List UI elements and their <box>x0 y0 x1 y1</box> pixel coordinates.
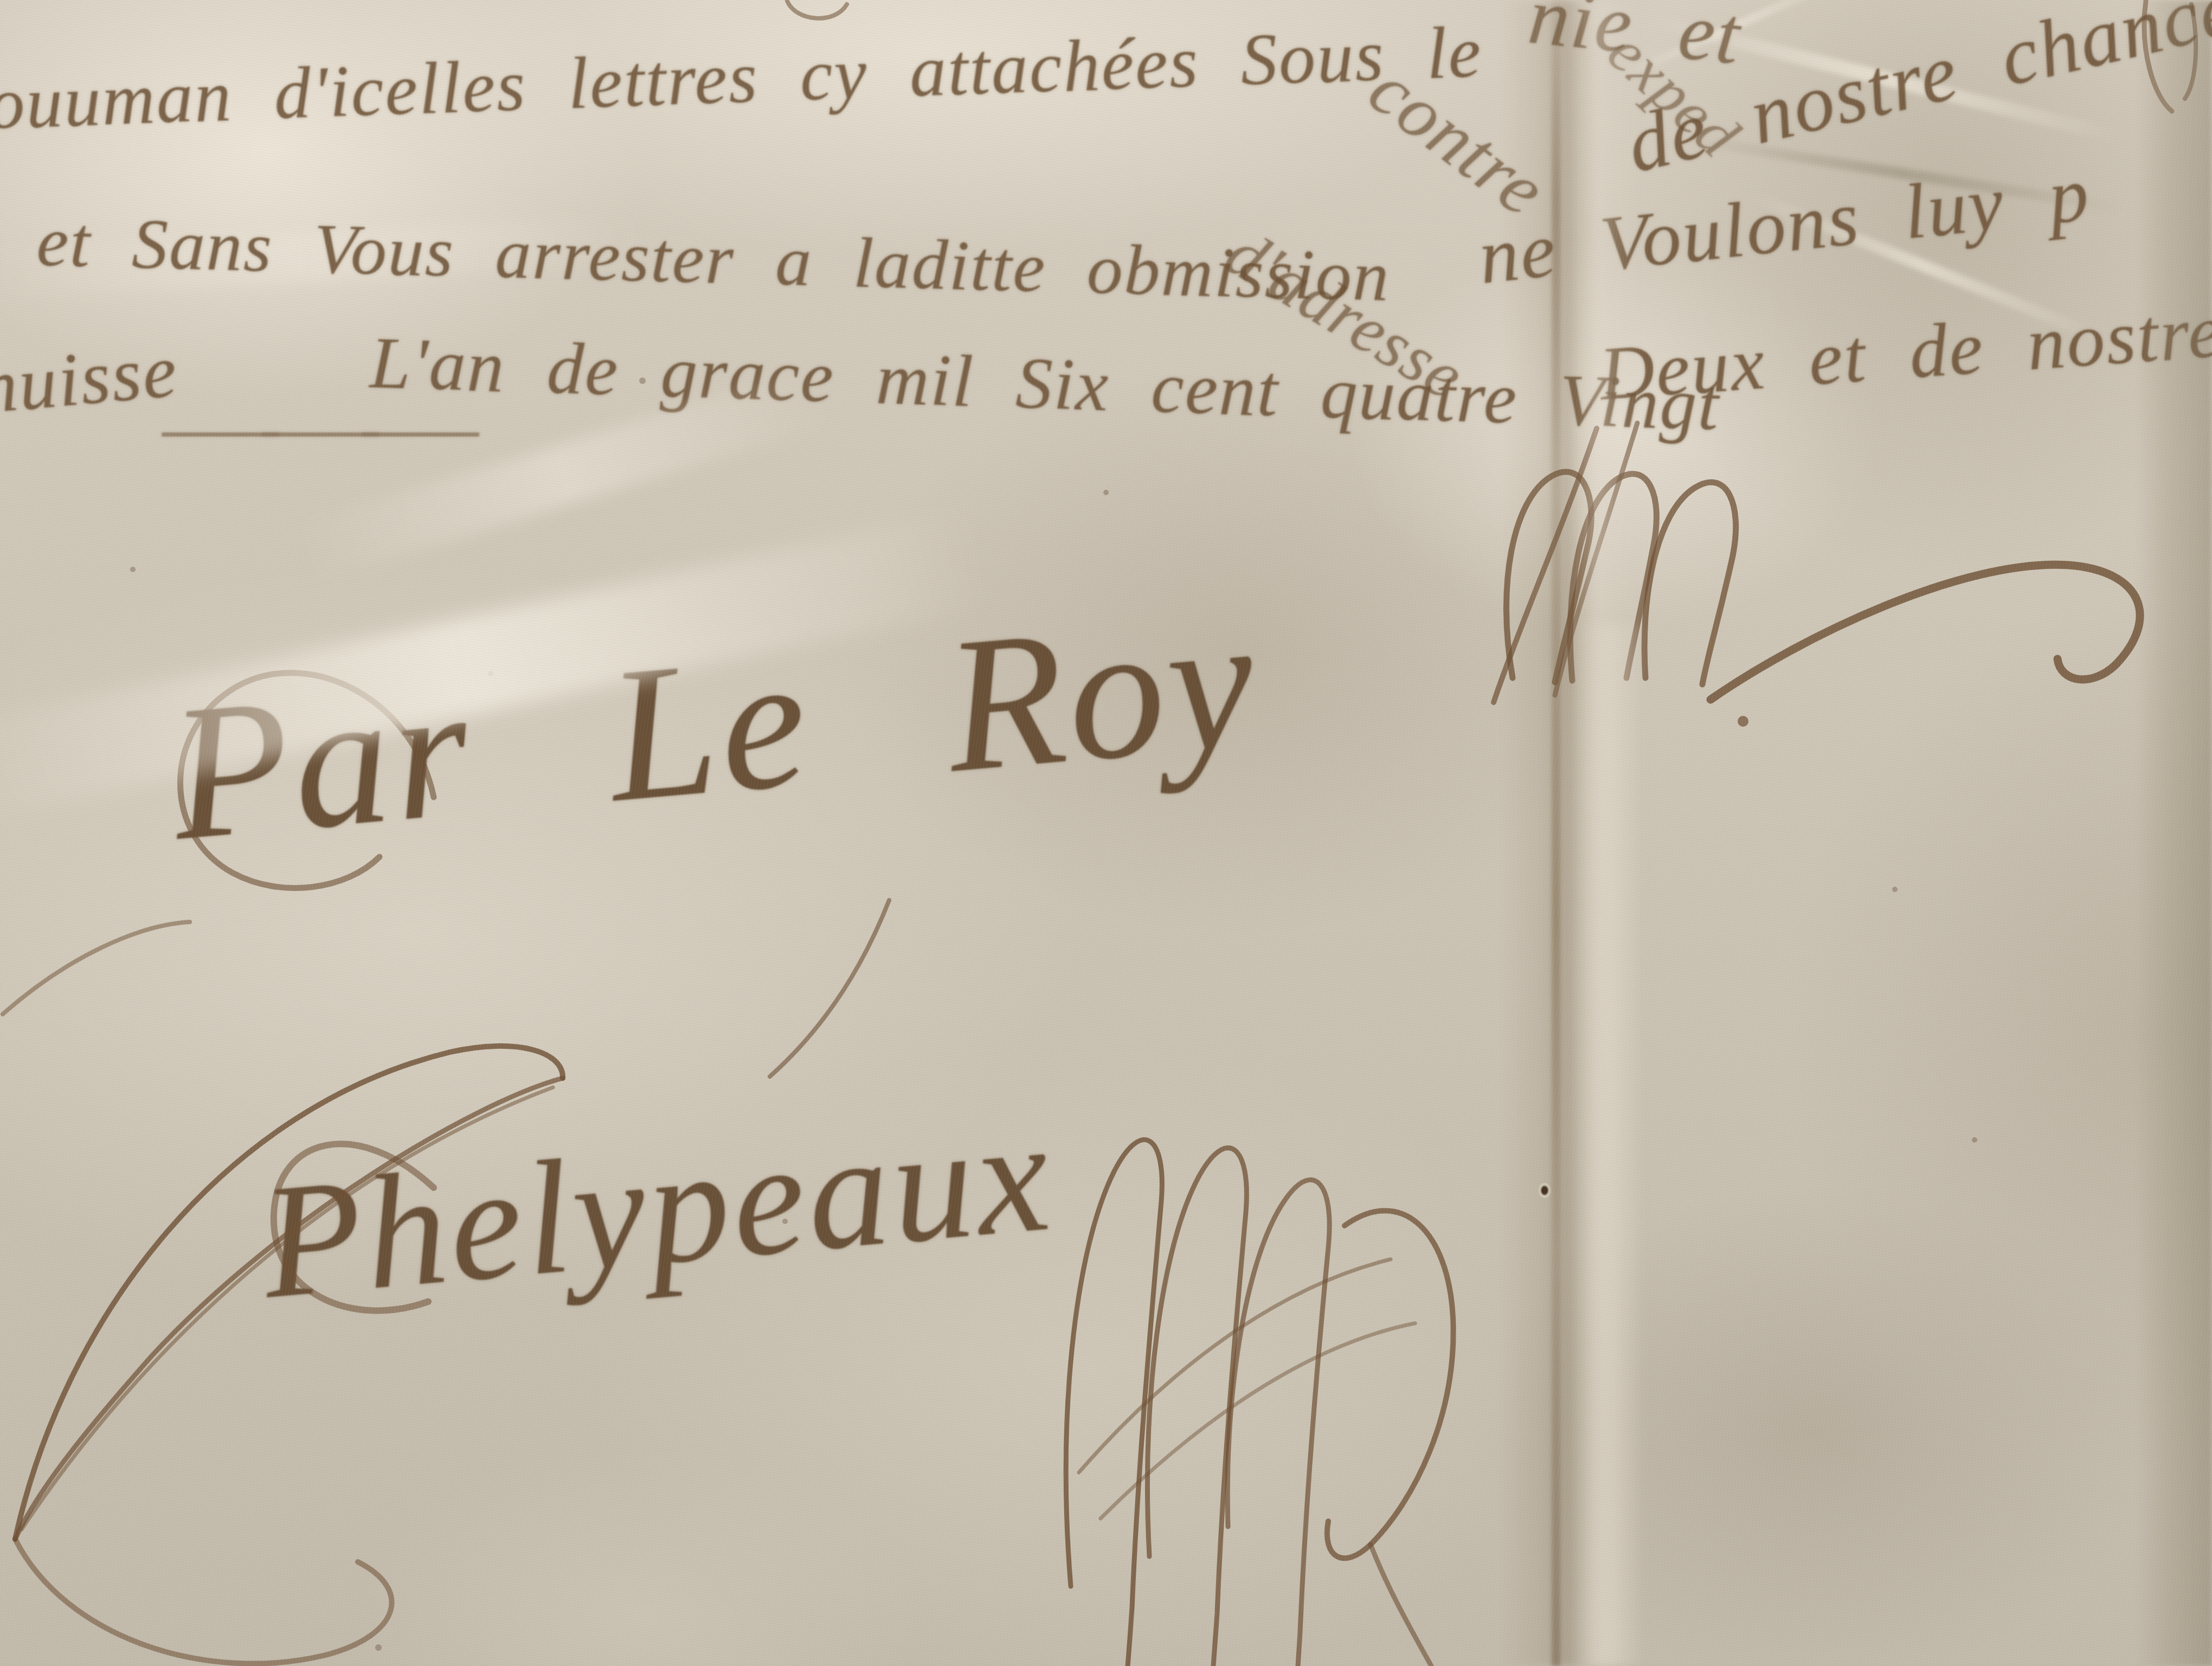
text-line-4-left: nuisse <box>0 327 181 431</box>
manuscript-photo: nie et exped ouuman d'icelles lettres cy… <box>0 0 2212 1666</box>
